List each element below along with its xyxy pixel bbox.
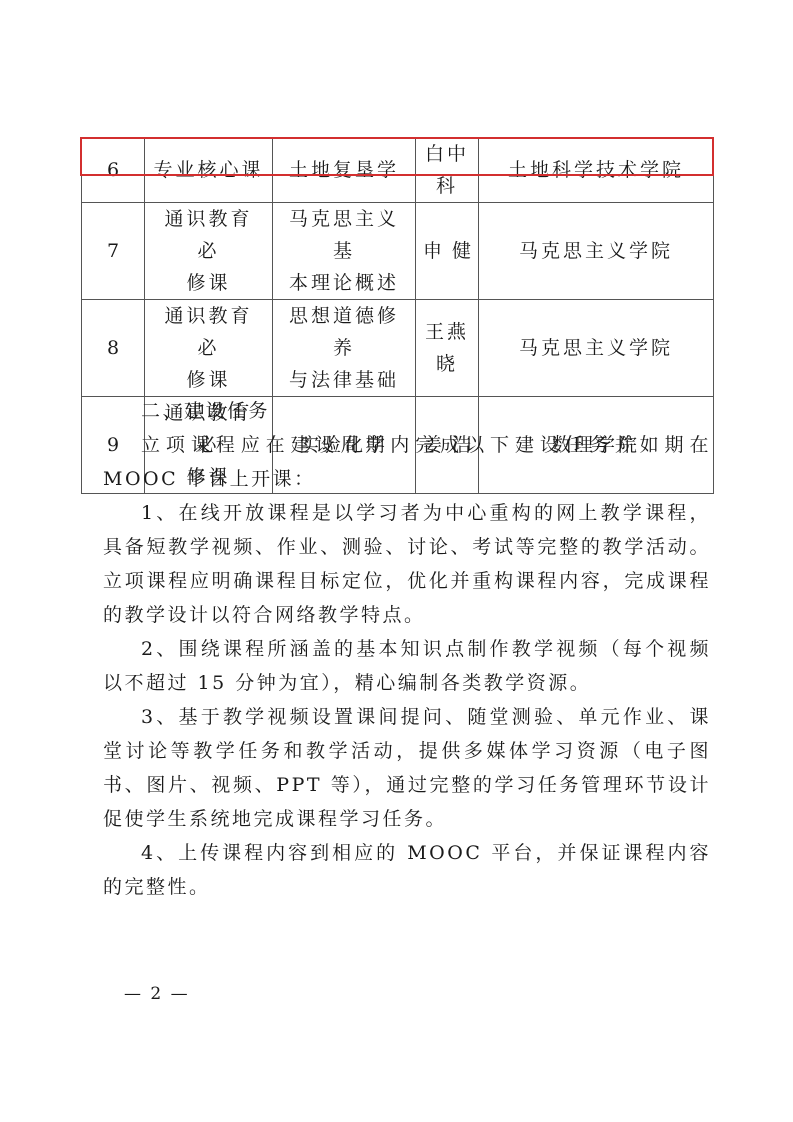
course-name-line-2: 本理论概述 — [279, 267, 409, 299]
course-lead: 王燕晓 — [416, 300, 479, 397]
table-row-8: 8 通识教育必 修课 思想道德修养 与法律基础 王燕晓 马克思主义学院 — [82, 300, 714, 397]
course-type-line-2: 修课 — [157, 364, 261, 396]
course-lead-char-1: 申 — [423, 235, 442, 267]
course-name: 土地复垦学 — [273, 138, 416, 203]
course-type: 通识教育必 修课 — [145, 300, 273, 397]
course-type-line-1: 通识教育必 — [157, 203, 261, 267]
course-name-line-1: 思想道德修养 — [279, 300, 409, 364]
task-item-1: 1、在线开放课程是以学习者为中心重构的网上教学课程，具备短教学视频、作业、测验、… — [103, 496, 711, 632]
table-row-6: 6 专业核心课 土地复垦学 白中科 土地科学技术学院 — [82, 138, 714, 203]
section-heading: 二、建设任务 — [103, 394, 711, 428]
course-name: 马克思主义基 本理论概述 — [273, 203, 416, 300]
task-item-4: 4、上传课程内容到相应的 MOOC 平台，并保证课程内容的完整性。 — [103, 836, 711, 904]
table-row-7: 7 通识教育必 修课 马克思主义基 本理论概述 申 健 马克思主义学院 — [82, 203, 714, 300]
department: 土地科学技术学院 — [479, 138, 714, 203]
section-intro: 立项课程应在建设周期内完成以下建设任务并如期在 MOOC 平台上开课： — [103, 428, 711, 496]
course-type-line-1: 通识教育必 — [157, 300, 261, 364]
course-type: 通识教育必 修课 — [145, 203, 273, 300]
course-lead: 申 健 — [416, 203, 479, 300]
department: 马克思主义学院 — [479, 203, 714, 300]
course-type-line-2: 修课 — [157, 267, 261, 299]
task-item-3: 3、基于教学视频设置课间提问、随堂测验、单元作业、课堂讨论等教学任务和教学活动，… — [103, 700, 711, 836]
row-number: 8 — [82, 300, 145, 397]
department: 马克思主义学院 — [479, 300, 714, 397]
course-name-line-2: 与法律基础 — [279, 364, 409, 396]
course-type: 专业核心课 — [145, 138, 273, 203]
task-item-2: 2、围绕课程所涵盖的基本知识点制作教学视频（每个视频以不超过 15 分钟为宜），… — [103, 632, 711, 700]
course-lead-char-2: 健 — [452, 235, 471, 267]
document-page: 6 专业核心课 土地复垦学 白中科 土地科学技术学院 7 通识教育必 修课 马克… — [0, 0, 793, 1122]
page-number: — 2 — — [124, 984, 190, 1004]
row-number: 6 — [82, 138, 145, 203]
course-name-line-1: 马克思主义基 — [279, 203, 409, 267]
row-number: 7 — [82, 203, 145, 300]
course-lead: 白中科 — [416, 138, 479, 203]
construction-tasks-section: 二、建设任务 立项课程应在建设周期内完成以下建设任务并如期在 MOOC 平台上开… — [103, 394, 711, 904]
course-name: 思想道德修养 与法律基础 — [273, 300, 416, 397]
